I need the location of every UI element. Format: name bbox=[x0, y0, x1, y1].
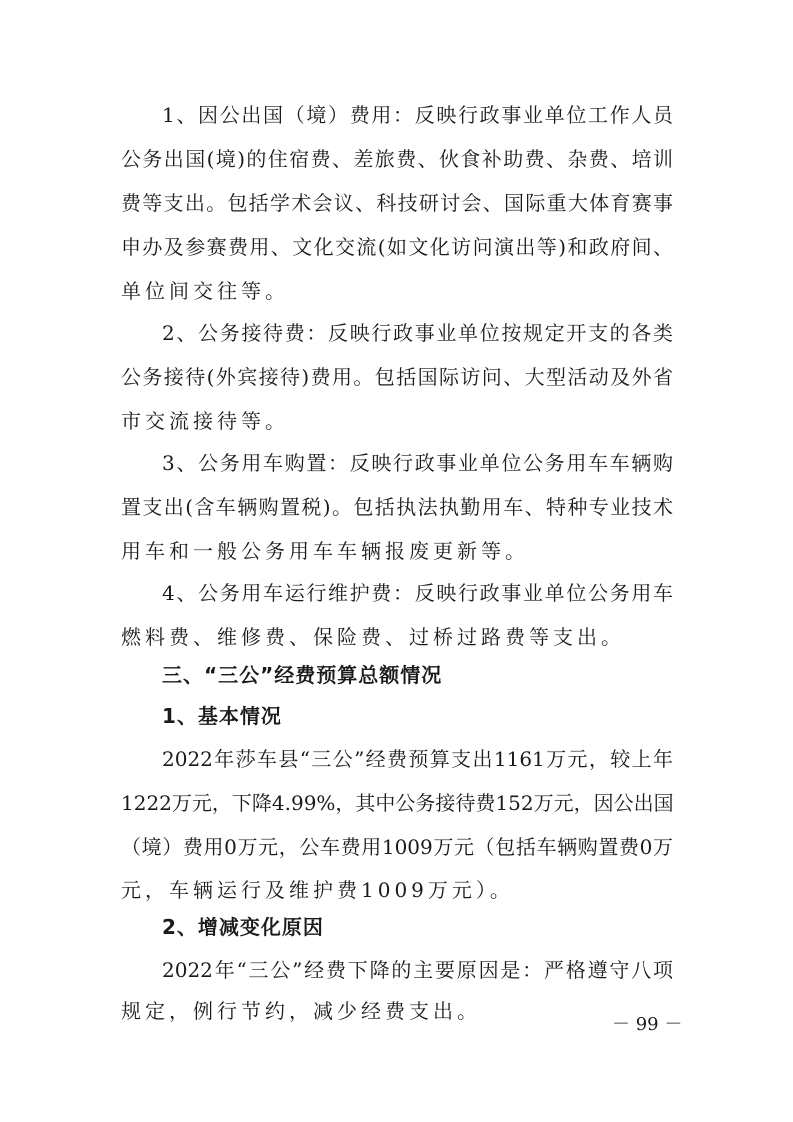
page-number: － 99 － bbox=[612, 1012, 682, 1038]
paragraph-line: 规定，例行节约，减少经费支出。 bbox=[121, 996, 673, 1026]
paragraph-line: 公务出国(境)的住宿费、差旅费、伙食补助费、杂费、培训 bbox=[121, 144, 673, 174]
paragraph-line: 置支出(含车辆购置税)。包括执法执勤用车、特种专业技术 bbox=[121, 492, 673, 522]
paragraph-line: 费等支出。包括学术会议、科技研讨会、国际重大体育赛事 bbox=[121, 188, 673, 218]
paragraph-line: 元，车辆运行及维护费1009万元）。 bbox=[121, 875, 673, 905]
paragraph-line: 2022年“三公”经费下降的主要原因是：严格遵守八项 bbox=[162, 955, 673, 985]
paragraph-line: 燃料费、维修费、保险费、过桥过路费等支出。 bbox=[121, 622, 673, 652]
paragraph-line: 用车和一般公务用车车辆报废更新等。 bbox=[121, 536, 673, 566]
paragraph-line: 单位间交往等。 bbox=[121, 276, 673, 306]
paragraph-line: 2、公务接待费：反映行政事业单位按规定开支的各类 bbox=[162, 318, 673, 348]
paragraph-line: 4、公务用车运行维护费：反映行政事业单位公务用车 bbox=[162, 578, 673, 608]
paragraph-line: 1、因公出国（境）费用：反映行政事业单位工作人员 bbox=[162, 100, 673, 130]
paragraph-line: 市交流接待等。 bbox=[121, 406, 673, 436]
subsection-heading: 1、基本情况 bbox=[162, 701, 282, 731]
section-heading: 三、“三公”经费预算总额情况 bbox=[162, 660, 442, 690]
paragraph-line: 1222万元，下降4.99%，其中公务接待费152万元，因公出国 bbox=[121, 788, 673, 818]
paragraph-line: 公务接待(外宾接待)费用。包括国际访问、大型活动及外省 bbox=[121, 362, 673, 392]
subsection-heading: 2、增减变化原因 bbox=[162, 912, 324, 942]
paragraph-line: 2022年莎车县“三公”经费预算支出1161万元，较上年 bbox=[162, 744, 673, 774]
paragraph-line: （境）费用0万元，公车费用1009万元（包括车辆购置费0万 bbox=[121, 832, 673, 862]
document-page: 1、因公出国（境）费用：反映行政事业单位工作人员 公务出国(境)的住宿费、差旅费… bbox=[0, 0, 793, 1122]
paragraph-line: 申办及参赛费用、文化交流(如文化访问演出等)和政府间、 bbox=[121, 232, 673, 262]
paragraph-line: 3、公务用车购置：反映行政事业单位公务用车车辆购 bbox=[162, 448, 673, 478]
